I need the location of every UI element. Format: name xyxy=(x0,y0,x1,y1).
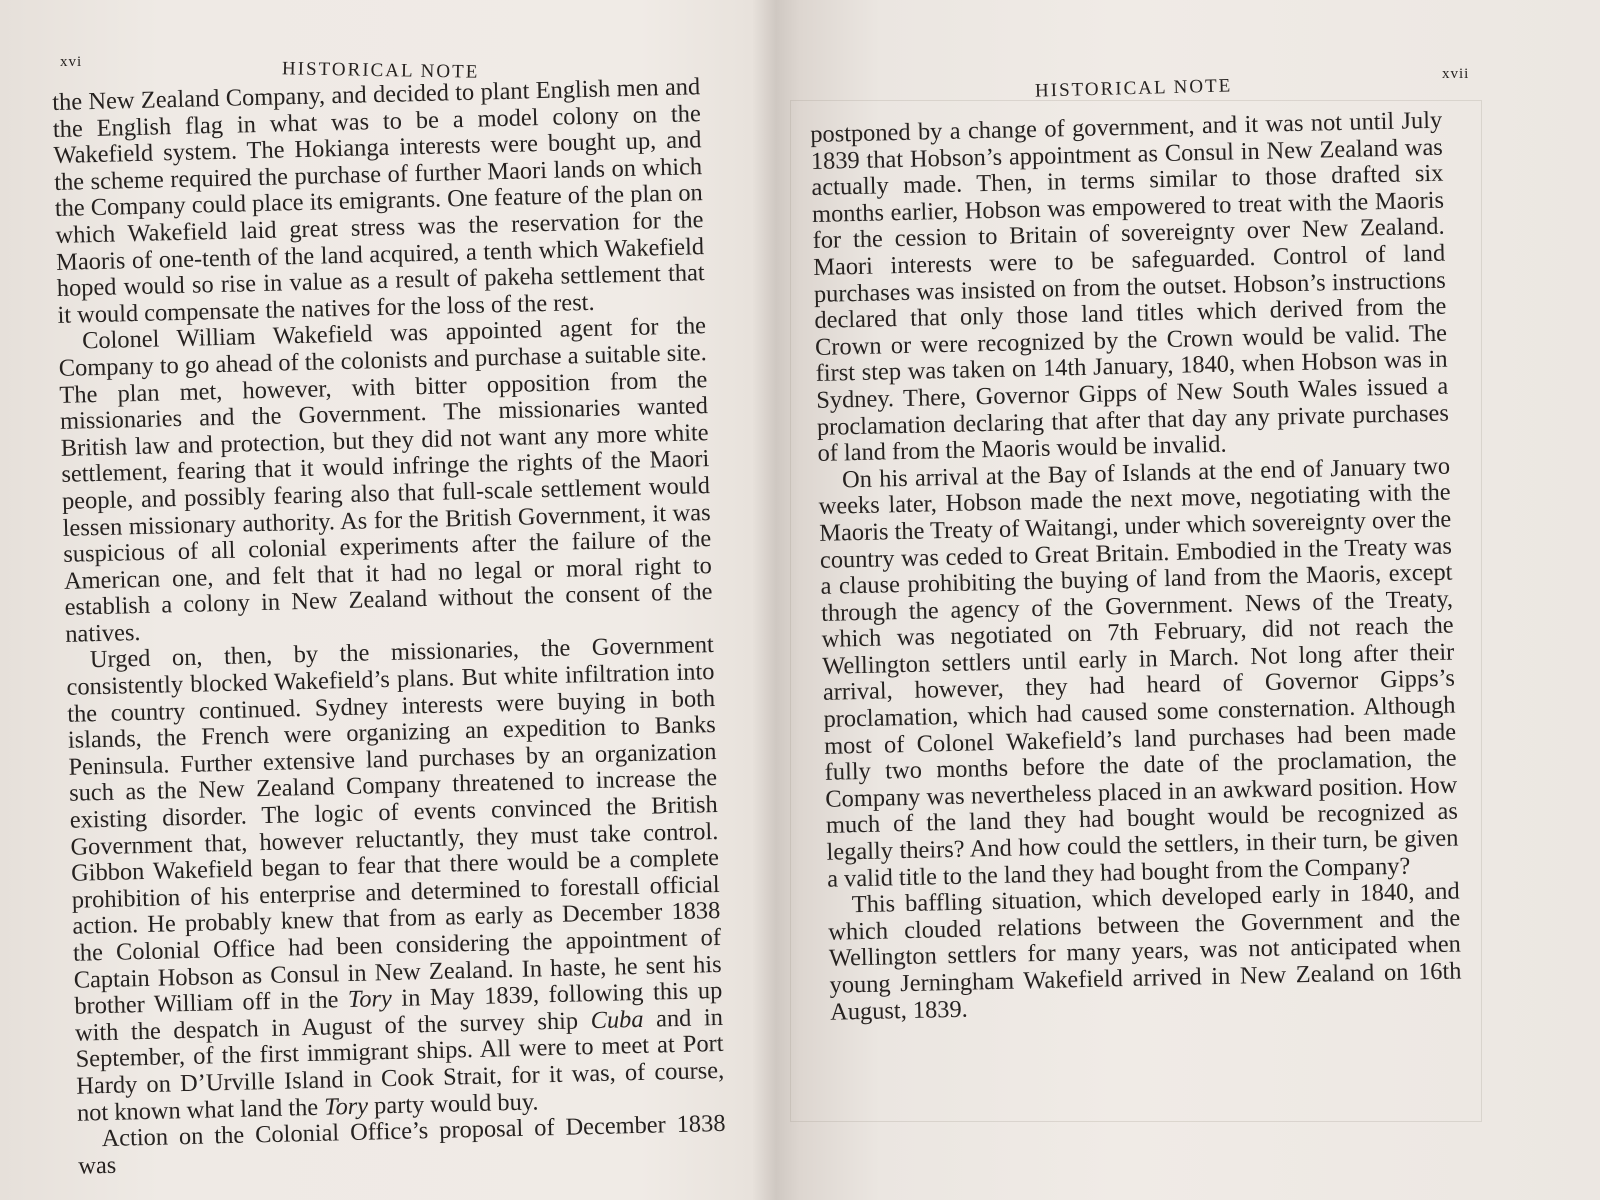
paragraph: On his arrival at the Bay of Islands at … xyxy=(818,453,1459,893)
page-number: xvii xyxy=(1442,66,1469,83)
open-book-spread: xvi HISTORICAL NOTE the New Zealand Comp… xyxy=(0,0,1600,1200)
page-number: xvi xyxy=(60,54,82,71)
paragraph: Urged on, then, by the missionaries, the… xyxy=(66,632,726,1126)
ship-name: Tory xyxy=(324,1092,368,1120)
body-text: the New Zealand Company, and decided to … xyxy=(52,74,726,1180)
paragraph: Colonel William Wakefield was appointed … xyxy=(58,313,714,648)
paragraph: This baffling situation, which developed… xyxy=(827,879,1462,1026)
paragraph: the New Zealand Company, and decided to … xyxy=(52,74,706,329)
body-text: postponed by a change of government, and… xyxy=(810,108,1462,1026)
ship-name: Cuba xyxy=(590,1006,644,1034)
right-page: HISTORICAL NOTE xvii postponed by a chan… xyxy=(770,0,1600,1200)
ship-name: Tory xyxy=(348,985,392,1013)
left-page: xvi HISTORICAL NOTE the New Zealand Comp… xyxy=(0,0,760,1200)
paragraph: postponed by a change of government, and… xyxy=(810,108,1450,468)
running-head: HISTORICAL NOTE xyxy=(1035,75,1233,102)
